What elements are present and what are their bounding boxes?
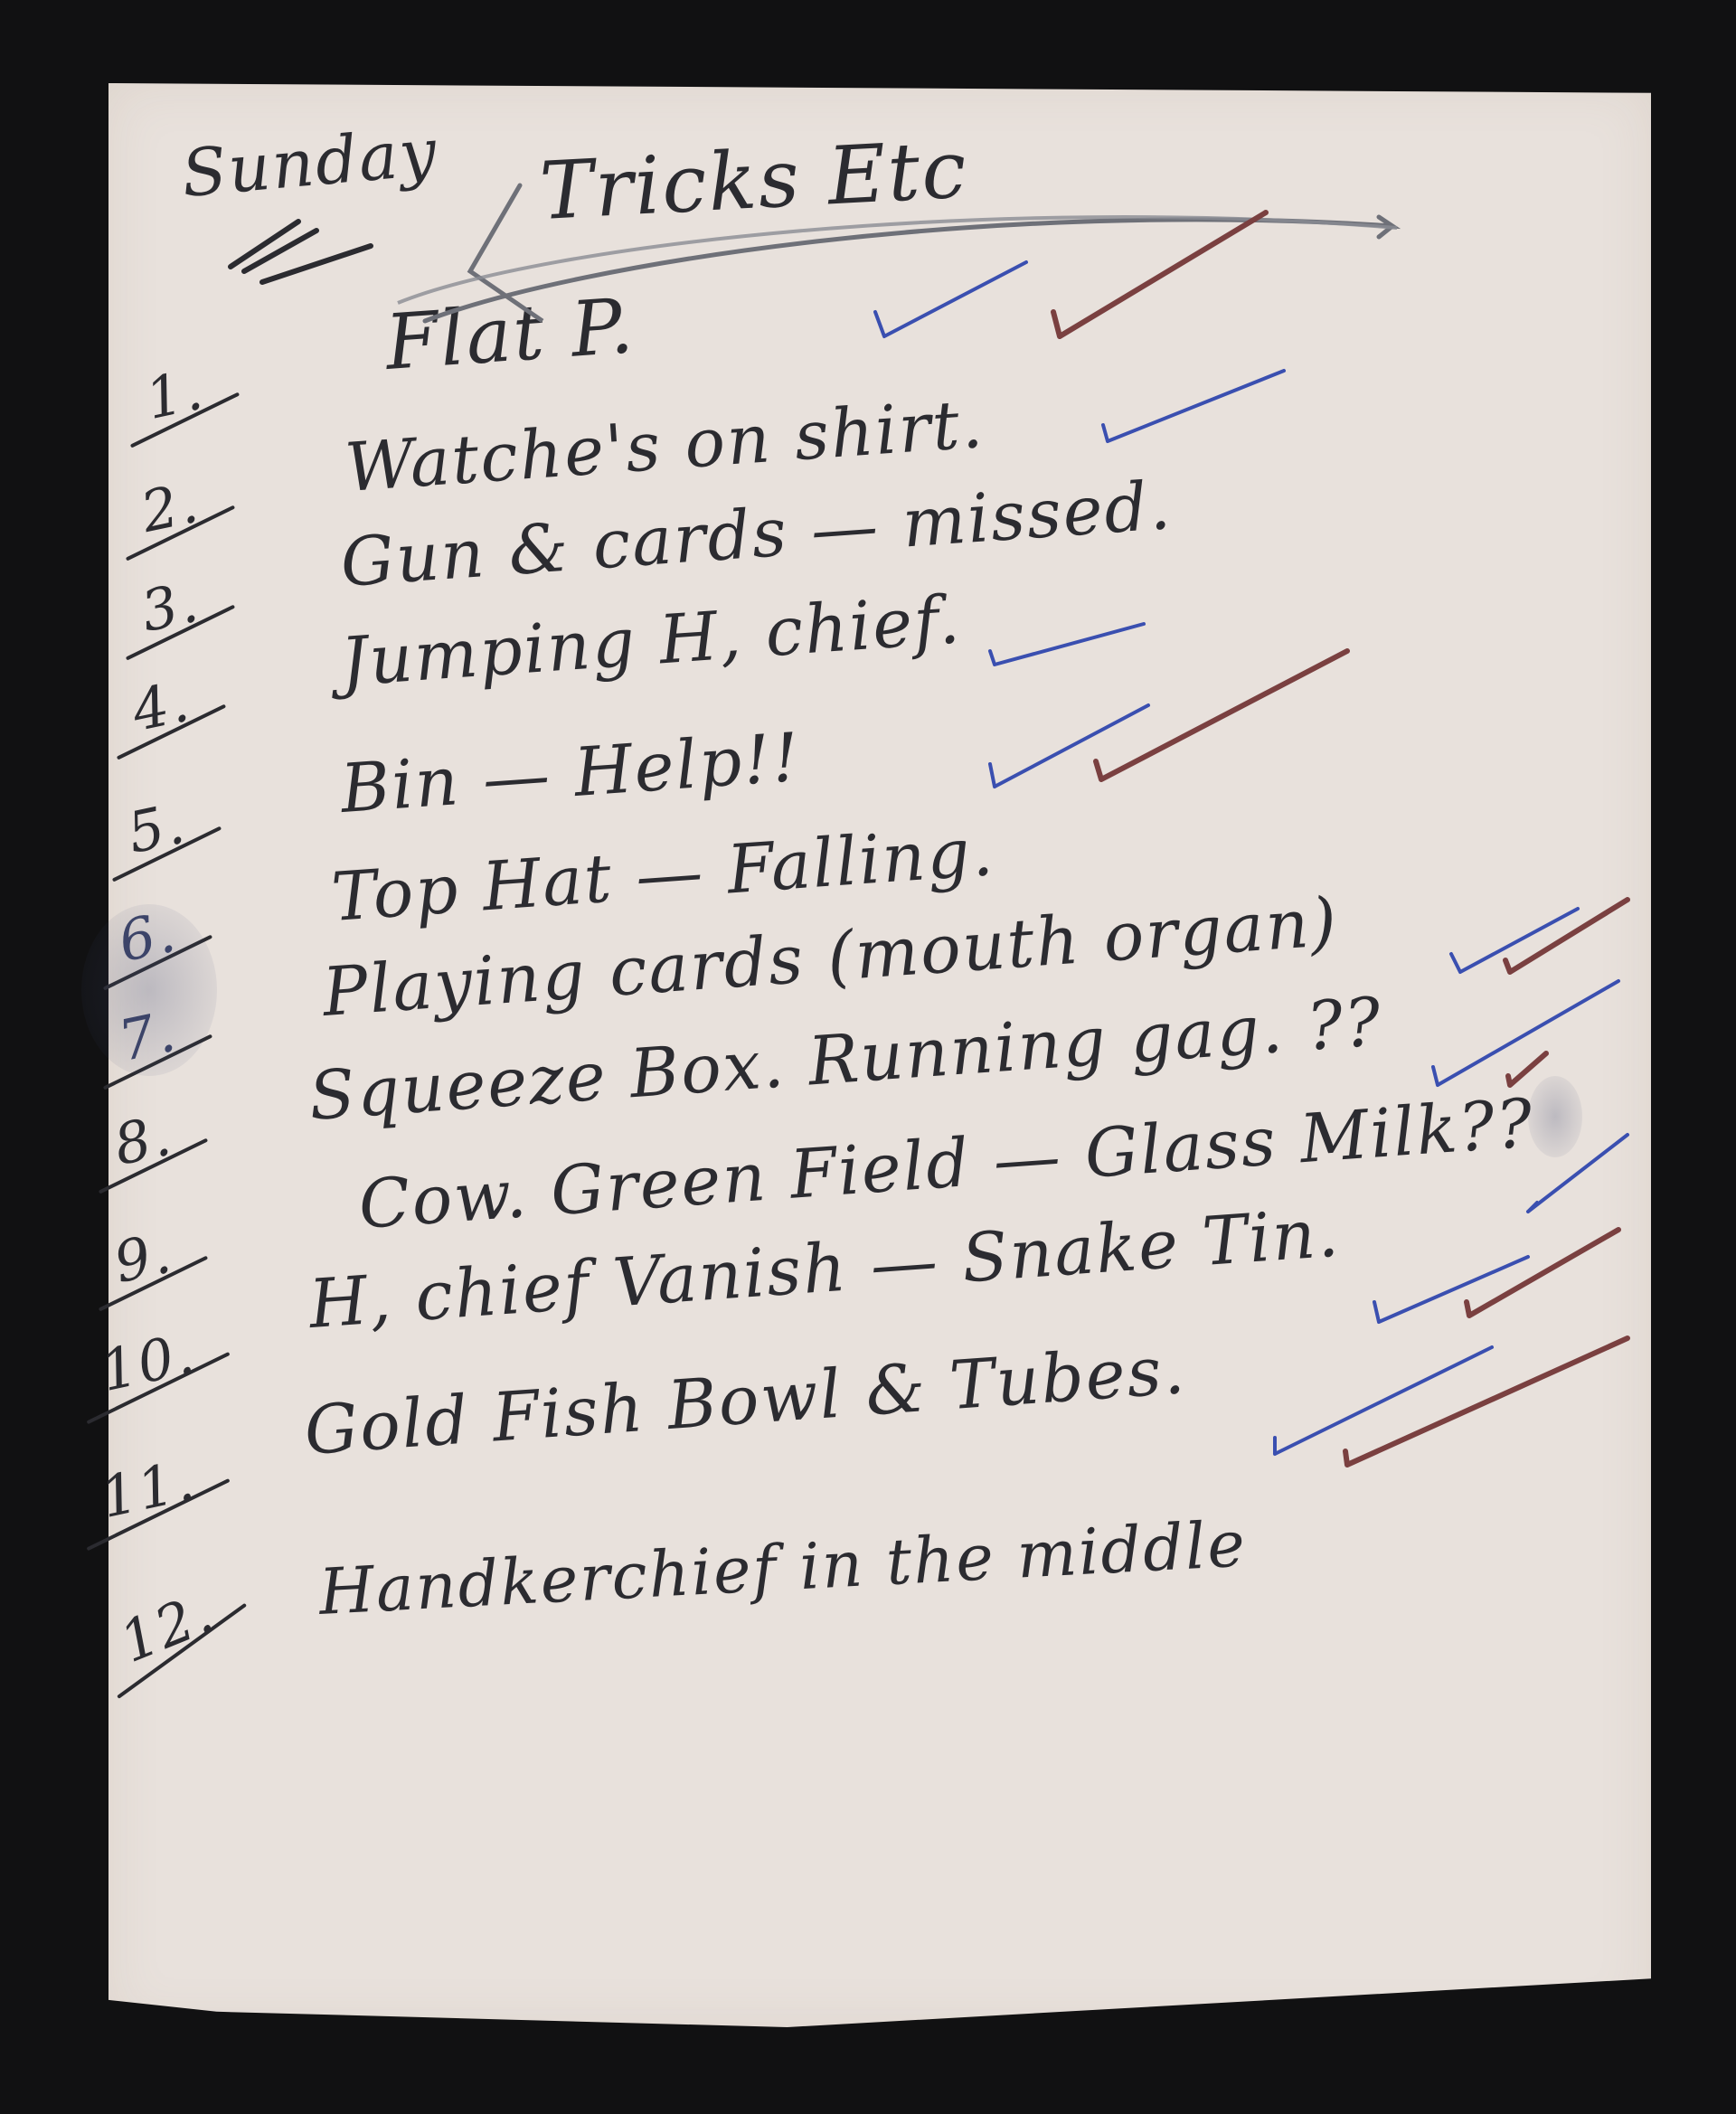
ink-smudge <box>1528 1076 1582 1157</box>
item-text-1: Flat P. <box>382 281 637 387</box>
ink-smudge <box>81 904 217 1076</box>
